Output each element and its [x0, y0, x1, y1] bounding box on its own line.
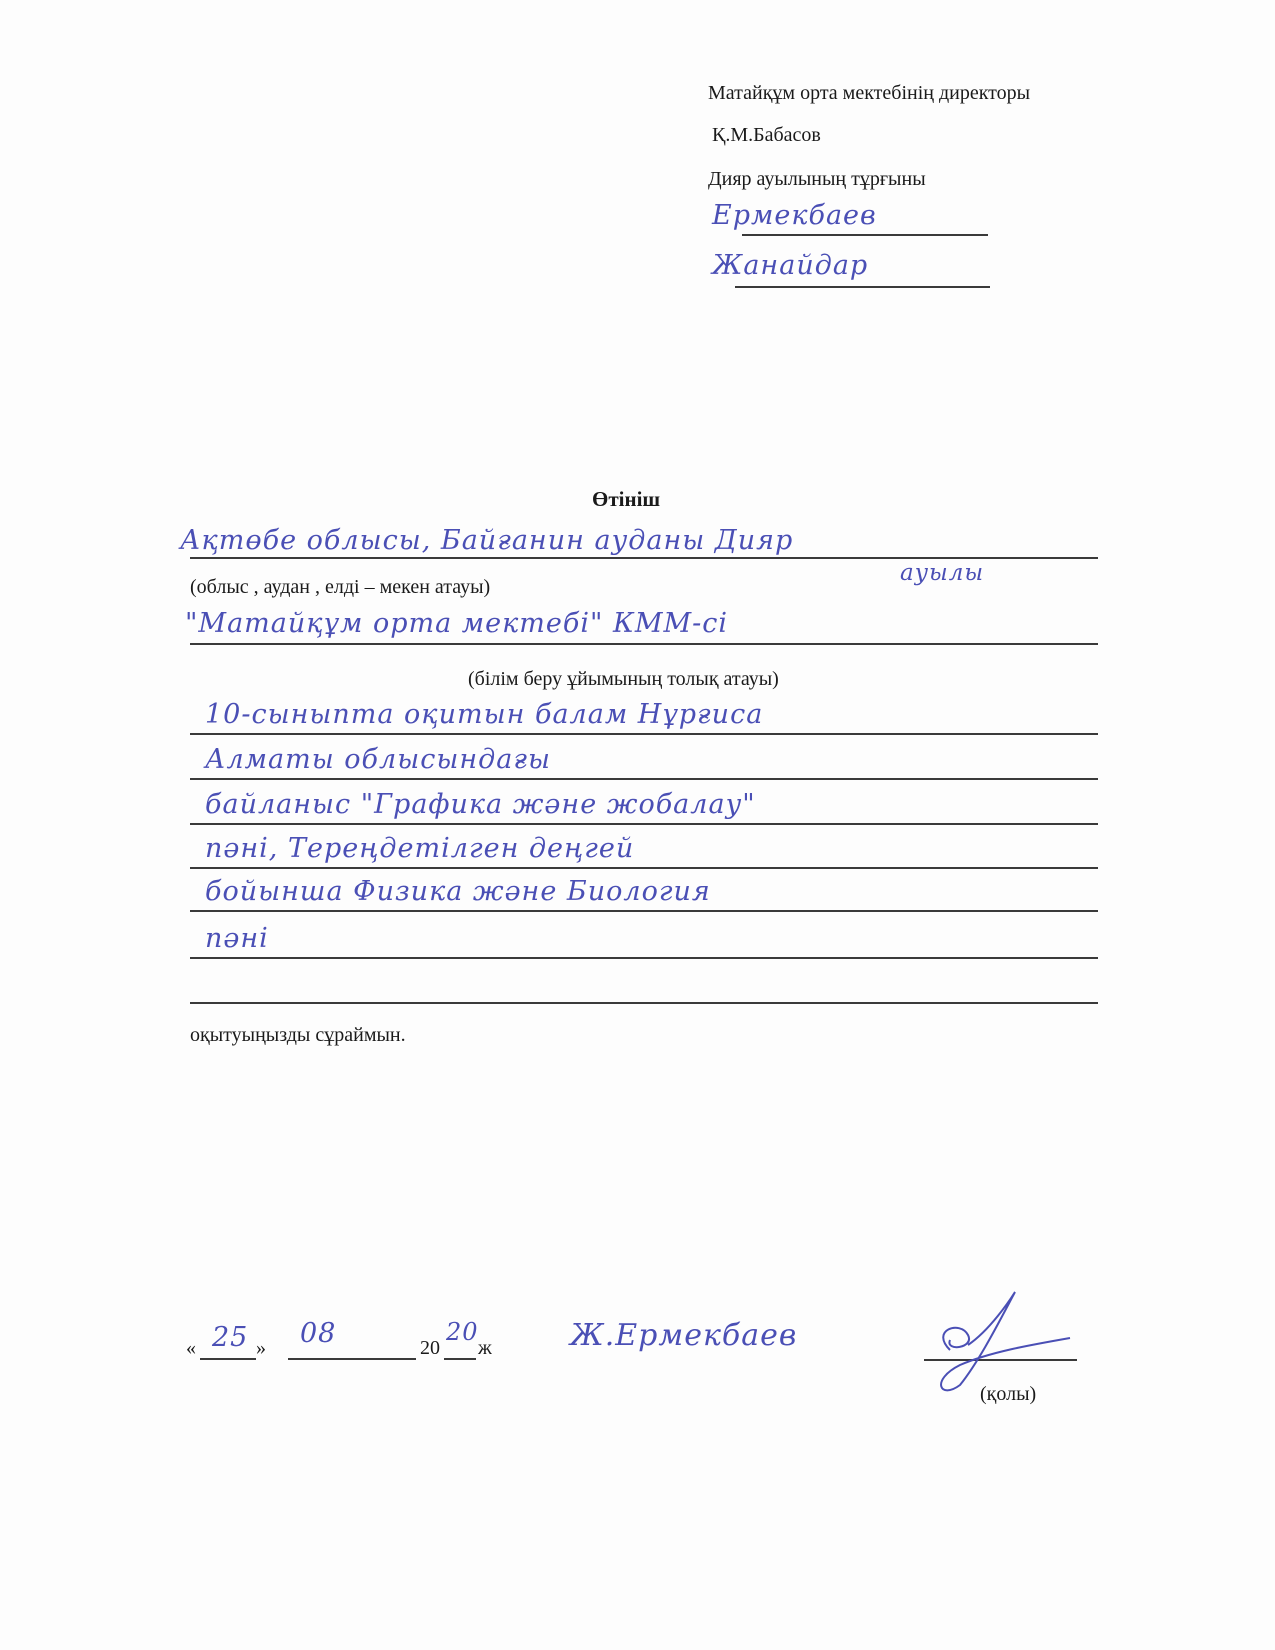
date-month-handwritten: 08: [300, 1318, 336, 1349]
form-line: [190, 823, 1098, 825]
signer-name-handwritten: Ж.Ермекбаев: [570, 1318, 797, 1353]
sender-residence: Дияр ауылының тұрғыны: [708, 168, 926, 191]
document-title: Өтініш: [592, 487, 660, 512]
body-line-handwritten: Алматы облысындағы: [205, 744, 551, 775]
form-line: [190, 957, 1098, 959]
addressee-name: Қ.М.Бабасов: [712, 124, 821, 147]
date-day-line: [200, 1358, 256, 1360]
school-handwritten: "Матайқұм орта мектебі" КММ-сі: [185, 608, 728, 639]
form-line: [190, 910, 1098, 912]
body-line-handwritten: пәні, Тереңдетілген деңгей: [205, 833, 634, 864]
date-day-handwritten: 25: [212, 1322, 248, 1353]
form-line: [190, 1002, 1098, 1004]
form-line: [190, 867, 1098, 869]
date-month-line: [288, 1358, 416, 1360]
form-line-school: [190, 643, 1098, 645]
body-line-handwritten: 10-сыныпта оқитын балам Нұрғиса: [205, 699, 763, 730]
sender-given-line: [735, 286, 990, 288]
location-handwritten-cont: ауылы: [900, 560, 984, 586]
form-line: [190, 778, 1098, 780]
form-line: [190, 733, 1098, 735]
addressee-title: Матайқұм орта мектебінің директоры: [708, 82, 1030, 105]
location-handwritten: Ақтөбе облысы, Байғанин ауданы Дияр: [180, 525, 793, 556]
date-quote-close: »: [256, 1337, 266, 1360]
date-quote-open: «: [186, 1337, 196, 1360]
sender-given-handwritten: Жанайдар: [712, 250, 868, 281]
location-caption: (облыс , аудан , елді – мекен атауы): [190, 576, 490, 599]
sender-surname-line: [742, 234, 988, 236]
date-year-unit: ж: [478, 1337, 492, 1360]
date-year-handwritten: 20: [446, 1318, 479, 1346]
date-year-prefix: 20: [420, 1337, 440, 1360]
date-year-line: [444, 1358, 476, 1360]
body-line-handwritten: пәні: [205, 923, 269, 954]
closing-text: оқытуыңызды сұраймын.: [190, 1024, 406, 1047]
body-line-handwritten: бойынша Физика және Биология: [205, 876, 711, 907]
signature-caption: (қолы): [980, 1383, 1036, 1406]
body-line-handwritten: байланыс "Графика және жобалау": [205, 789, 756, 820]
sender-surname-handwritten: Ермекбаев: [712, 200, 877, 231]
form-line-location: [190, 557, 1098, 559]
school-caption: (білім беру ұйымының толық атауы): [468, 668, 779, 691]
